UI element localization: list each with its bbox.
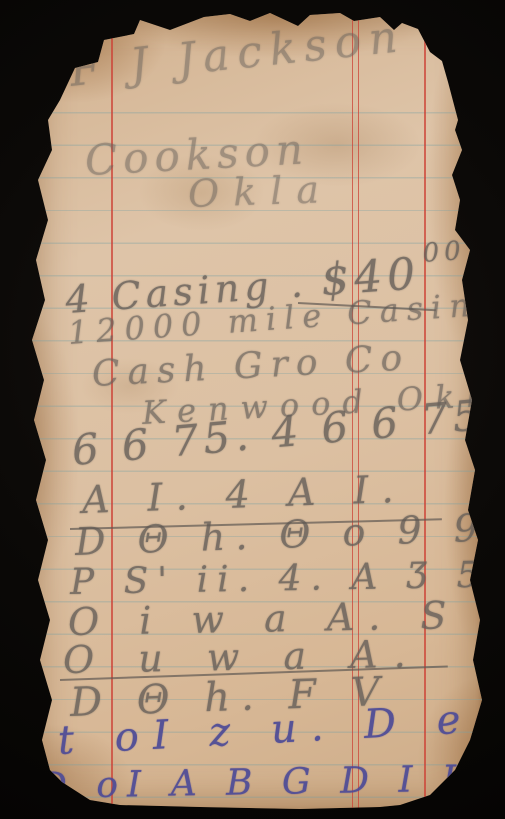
cents-text: 00 <box>422 236 467 269</box>
note-paper: F J Jackson Cookson Okla 4 Casing .$4000… <box>30 8 482 812</box>
handwritten-name: F J Jackson <box>67 11 407 97</box>
handwritten-state: Okla <box>187 167 333 216</box>
photo-background: F J Jackson Cookson Okla 4 Casing .$4000… <box>0 0 505 819</box>
